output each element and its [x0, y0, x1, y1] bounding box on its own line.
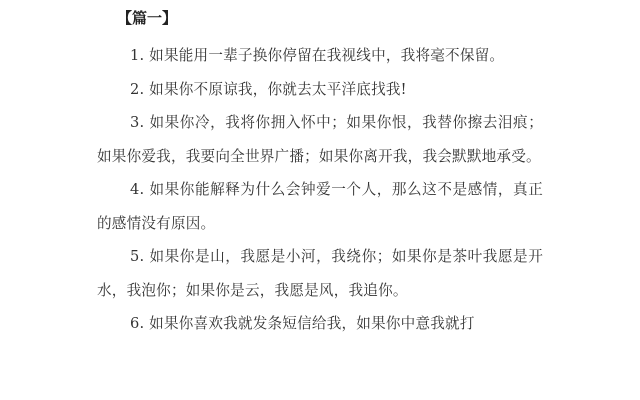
paragraph-2: 2. 如果你不原谅我，你就去太平洋底找我!: [97, 73, 543, 107]
paragraph-1: 1. 如果能用一辈子换你停留在我视线中，我将毫不保留。: [97, 39, 543, 73]
document-body: 【篇一】 1. 如果能用一辈子换你停留在我视线中，我将毫不保留。 2. 如果你不…: [97, 6, 543, 341]
paragraph-6: 6. 如果你喜欢我就发条短信给我，如果你中意我就打: [97, 307, 543, 341]
paragraph-5: 5. 如果你是山，我愿是小河，我绕你；如果你是茶叶我愿是开水，我泡你；如果你是云…: [97, 240, 543, 307]
paragraph-4: 4. 如果你能解释为什么会钟爱一个人，那么这不是感情，真正的感情没有原因。: [97, 173, 543, 240]
top-cutoff-text: [70, 0, 550, 2]
document-page: 【篇一】 1. 如果能用一辈子换你停留在我视线中，我将毫不保留。 2. 如果你不…: [0, 0, 640, 400]
section-heading: 【篇一】: [117, 6, 543, 30]
paragraph-3: 3. 如果你冷，我将你拥入怀中；如果你恨，我替你擦去泪痕；如果你爱我，我要向全世…: [97, 106, 543, 173]
